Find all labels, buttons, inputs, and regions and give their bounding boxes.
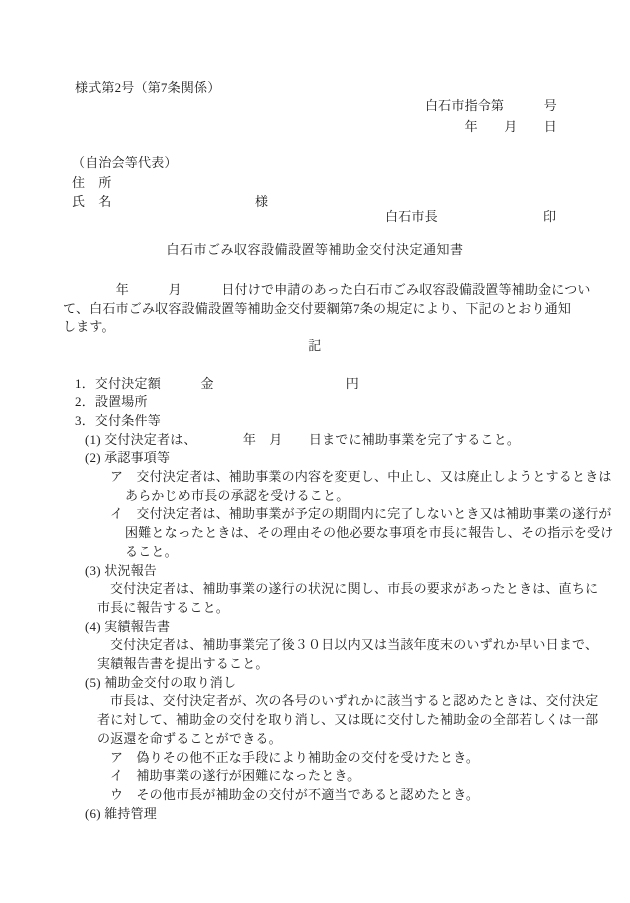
document-page: 様式第2号（第7条関係） 白石市指令第 号 年 月 日 （自治会等代表） 住 所… (0, 0, 630, 903)
cond-4-body-line-2: 実績報告書を提出すること。 (97, 654, 269, 674)
directive-number: 白石市指令第 号 (425, 96, 557, 116)
cond-3-status-report: (3) 状況報告 (85, 561, 157, 581)
addressee-type-note: （自治会等代表） (72, 153, 178, 173)
item-grant-conditions: 3．交付条件等 (75, 411, 161, 431)
cond-2-i-line-1: イ 交付決定者は、補助事業が予定の期間内に完了しないとき又は補助事業の遂行が (110, 504, 612, 524)
item-installation-site: 2．設置場所 (75, 392, 148, 412)
mayor-signature: 白石市長 (385, 207, 438, 227)
cond-5-grant-cancellation: (5) 補助金交付の取り消し (85, 673, 236, 693)
cond-5-i-difficulty: イ 補助事業の遂行が困難になったとき。 (110, 766, 360, 786)
document-title: 白石市ごみ収容設備設置等補助金交付決定通知書 (0, 240, 630, 260)
address-label: 住 所 (72, 173, 112, 193)
cond-3-body-line-1: 交付決定者は、補助事業の遂行の状況に関し、市長の要求があったときは、直ちに (110, 579, 598, 599)
cond-5-body-line-2: 者に対して、補助金の交付を取り消し、又は既に交付した補助金の全部若しくは一部 (97, 710, 598, 730)
cond-6-maintenance: (6) 維持管理 (85, 804, 157, 824)
intro-line-2: て、白石市ごみ収容設備設置等補助金交付要綱第7条の規定により、下記のとおり通知 (63, 299, 571, 319)
cond-2-i-line-2: 困難となったときは、その理由その他必要な事項を市長に報告し、その指示を受け (125, 523, 613, 543)
cond-5-u-inappropriate: ウ その他市長が補助金の交付が不適当であると認めたとき。 (110, 785, 479, 805)
cond-5-a-fraud: ア 偽りその他不正な手段により補助金の交付を受けたとき。 (110, 748, 479, 768)
cond-2-a-line-2: あらかじめ市長の承認を受けること。 (125, 486, 349, 506)
cond-2-i-line-3: ること。 (125, 542, 178, 562)
issue-date: 年 月 日 (465, 117, 557, 137)
cond-5-body-line-3: の返還を命ずることができる。 (97, 729, 282, 749)
form-number: 様式第2号（第7条関係） (75, 78, 220, 98)
ki-heading: 記 (0, 336, 630, 356)
item-grant-amount: 1．交付決定額 金 円 (75, 374, 359, 394)
cond-4-body-line-1: 交付決定者は、補助事業完了後３０日以内又は当該年度末のいずれか早い日まで、 (110, 635, 598, 655)
cond-2-a-line-1: ア 交付決定者は、補助事業の内容を変更し、中止し、又は廃止しようとするときは (110, 467, 612, 487)
intro-line-1: 年 月 日付けで申請のあった白石市ごみ収容設備設置等補助金につい (63, 280, 591, 300)
cond-4-result-report: (4) 実績報告書 (85, 617, 170, 637)
cond-1-completion-deadline: (1) 交付決定者は、 年 月 日までに補助事業を完了すること。 (85, 430, 520, 450)
cond-3-body-line-2: 市長に報告すること。 (97, 598, 229, 618)
cond-2-approval-matters: (2) 承認事項等 (85, 448, 170, 468)
intro-line-3: します。 (63, 317, 115, 337)
cond-5-body-line-1: 市長は、交付決定者が、次の各号のいずれかに該当すると認めたときは、交付決定 (110, 691, 598, 711)
seal-mark: 印 (543, 207, 556, 227)
